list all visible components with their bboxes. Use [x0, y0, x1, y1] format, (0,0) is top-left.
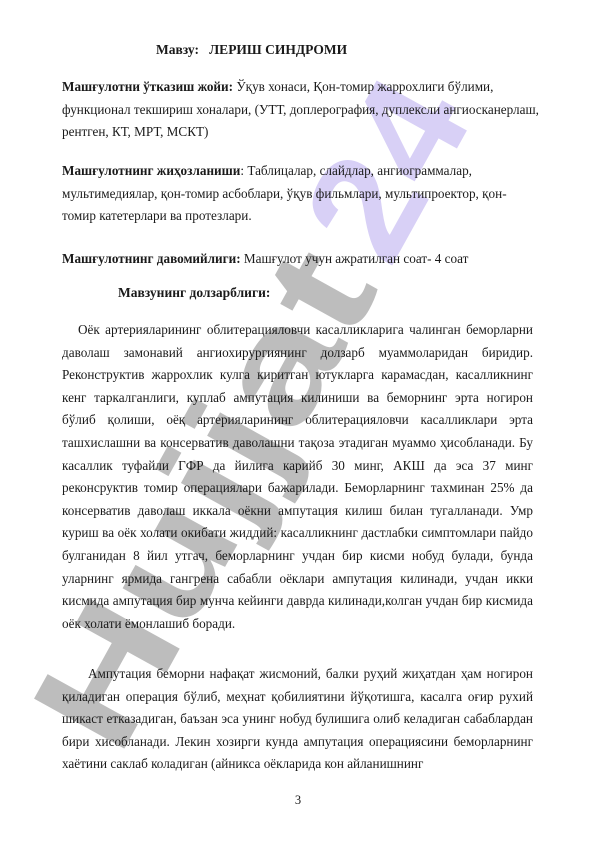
body-paragraph: Оёк артерияларининг облитерацияловчи кас… — [62, 319, 533, 635]
field-value-line: мультимедиялар, қон-томир асбоблари, ўқу… — [62, 183, 540, 206]
field-value-line: томир катетерлари ва протезлари. — [62, 205, 540, 228]
field-value-line: Машғулот учун ажратилган соат- 4 соат — [241, 251, 469, 266]
field-value-line: Ўқув хонаси, Қон-томир жаррохлиги бўлими… — [233, 79, 493, 94]
field-value-line: : Таблицалар, слайдлар, ангиограммалар, — [240, 163, 472, 178]
field-label: Машғулотни ўтказиш жойи: — [62, 79, 233, 94]
field-label: Машғулотнинг жиҳозланиши — [62, 163, 240, 178]
field-label: Машғулотнинг давомийлиги: — [62, 251, 241, 266]
field-equipment: Машғулотнинг жиҳозланиши: Таблицалар, сл… — [62, 160, 540, 228]
field-value-line: функционал текшириш хоналари, (УТТ, допл… — [62, 99, 540, 122]
field-duration: Машғулотнинг давомийлиги: Машғулот учун … — [62, 248, 540, 271]
title-label: Мавзу: — [156, 42, 199, 57]
section-heading: Мавзунинг долзарблиги: — [118, 285, 270, 301]
field-location: Машғулотни ўтказиш жойи: Ўқув хонаси, Қо… — [62, 76, 540, 144]
page-number: 3 — [0, 793, 596, 808]
page-title: Мавзу: ЛЕРИШ СИНДРОМИ — [156, 42, 347, 58]
field-value-line: рентген, КТ, МРТ, МСКТ) — [62, 121, 540, 144]
document-page: Hujjat 24 Мавзу: ЛЕРИШ СИНДРОМИ Машғулот… — [0, 0, 596, 842]
title-value: ЛЕРИШ СИНДРОМИ — [209, 42, 347, 57]
body-paragraph: Ампутация беморни нафақат жисмоний, балк… — [62, 663, 533, 776]
